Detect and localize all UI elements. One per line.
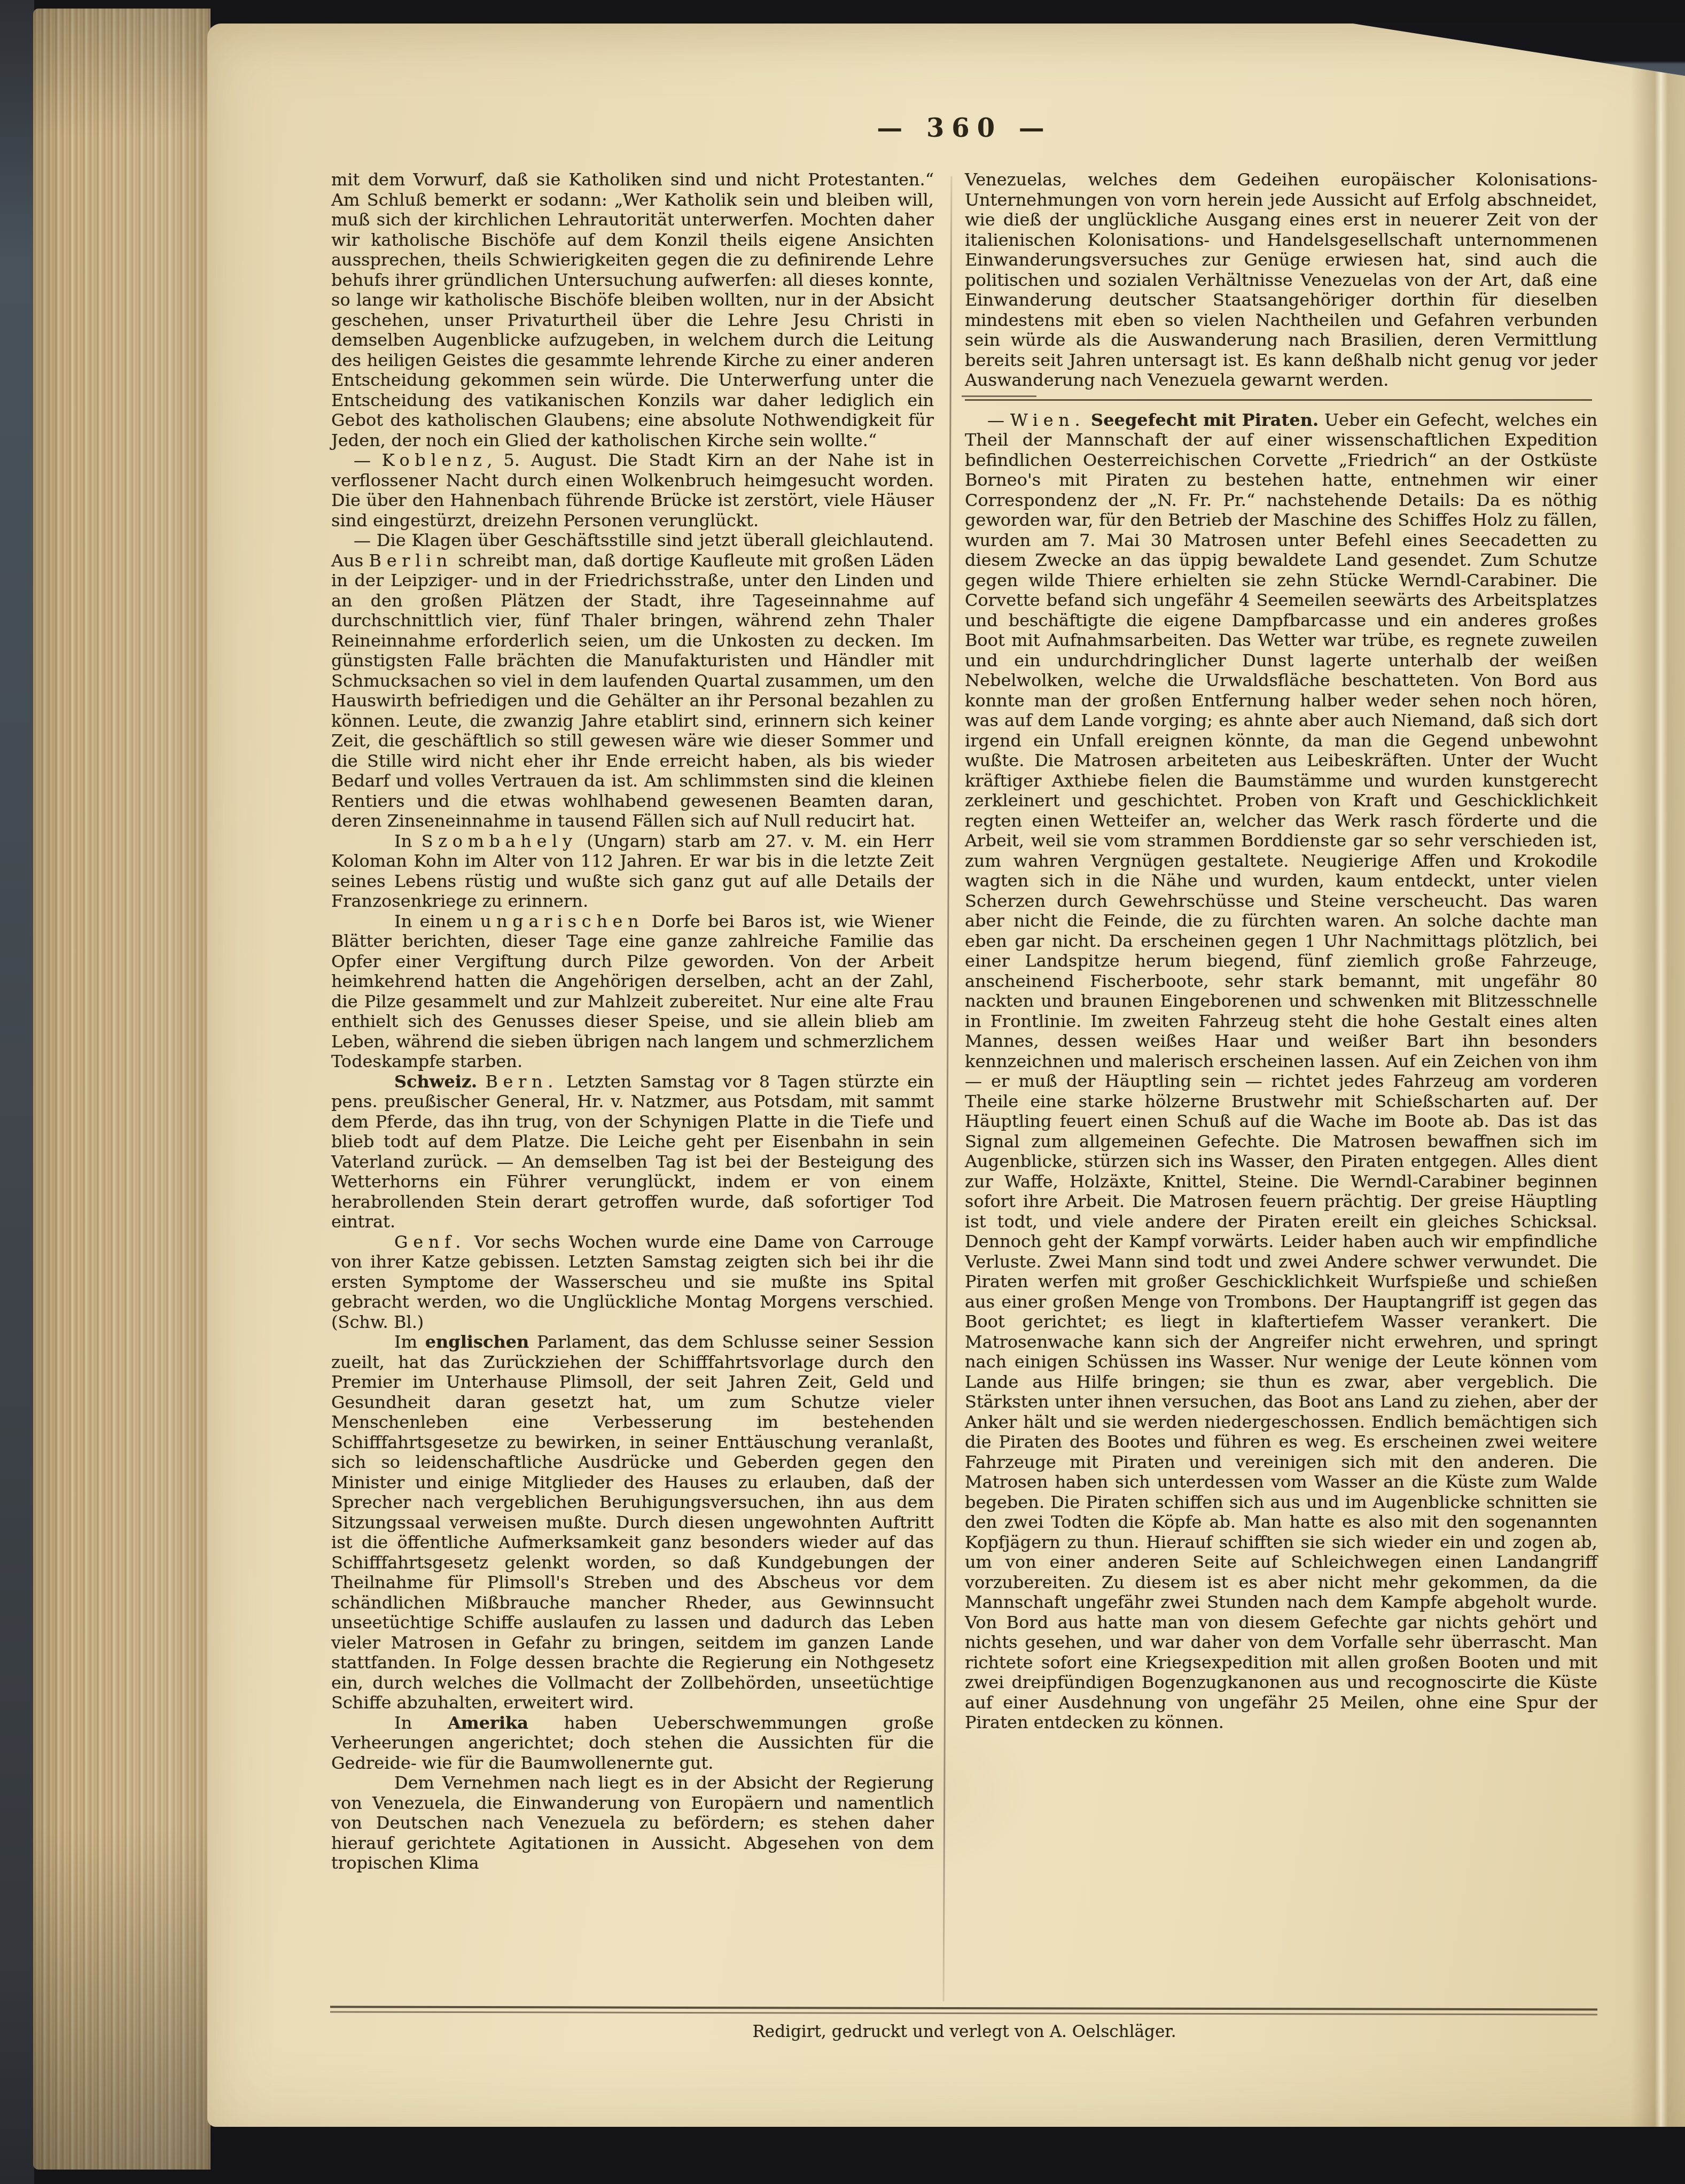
paragraph-text: Dorfe bei Baros ist, wie Wiener Blätter … — [331, 911, 934, 1072]
paragraph: Dem Vernehmen nach liegt es in der Absic… — [331, 1773, 934, 1874]
paragraph-text: Berlin — [369, 550, 453, 571]
paragraph-text: In einem — [394, 911, 480, 931]
page-number: — 360 — — [777, 113, 1151, 143]
paragraph: Im englischen Parlament, das dem Schluss… — [331, 1332, 934, 1713]
paragraph-lead: englischen — [425, 1332, 529, 1352]
left-column: mit dem Vorwurf, daß sie Katholiken sind… — [331, 170, 934, 1874]
paragraph-text: Genf. — [394, 1232, 466, 1252]
section-divider-rule — [965, 399, 1592, 401]
paragraph-text: Letzten Samstag vor 8 Tagen stürzte ein … — [331, 1071, 934, 1232]
paragraph-text — [477, 1071, 485, 1092]
paragraph-text: Ueber ein Gefecht, welches ein Theil der… — [965, 410, 1597, 1733]
paragraph-text: Parlament, das dem Schlusse seiner Sessi… — [331, 1332, 934, 1713]
paragraph-text: In — [394, 831, 422, 851]
page-fold-shadow — [1631, 24, 1685, 2127]
paragraph-text: Dem Vernehmen nach liegt es in der Absic… — [331, 1773, 934, 1873]
paragraph-text: In — [394, 1713, 448, 1733]
paragraph-text: schreibt man, daß dortige Kaufleute mit … — [331, 550, 934, 831]
paragraph-text: mit dem Vorwurf, daß sie Katholiken sind… — [331, 169, 934, 450]
stacked-page-edges — [33, 9, 210, 2170]
scan-photo: — 360 — mit dem Vorwurf, daß sie Katholi… — [0, 0, 1685, 2184]
paragraph-lead: Seegefecht mit Piraten. — [1091, 410, 1319, 430]
paragraph: In Amerika haben Ueberschwemmungen große… — [331, 1713, 934, 1774]
paragraph-text: Im — [394, 1332, 425, 1352]
paragraph: Genf. Vor sechs Wochen wurde eine Dame v… — [331, 1232, 934, 1333]
paragraph-text: Wien. — [1010, 410, 1085, 430]
paragraph: In einem ungarischen Dorfe bei Baros ist… — [331, 912, 934, 1072]
paragraph: — Die Klagen über Geschäftsstille sind j… — [331, 531, 934, 831]
paragraph-text: Szombahely — [422, 831, 578, 851]
paragraph: Venezuelas, welches dem Gedeihen europäi… — [965, 170, 1597, 391]
paragraph-text: — — [354, 450, 382, 470]
paragraph: In Szombahely (Ungarn) starb am 27. v. M… — [331, 831, 934, 912]
paragraph-text — [1085, 410, 1091, 430]
paragraph: mit dem Vorwurf, daß sie Katholiken sind… — [331, 170, 934, 450]
paragraph-text: Koblenz — [382, 450, 487, 470]
paragraph: — Koblenz, 5. August. Die Stadt Kirn an … — [331, 450, 934, 531]
paragraph-text: Bern. — [485, 1071, 558, 1092]
book-cover-edge — [0, 0, 34, 2184]
paragraph-lead: Schweiz. — [394, 1071, 477, 1092]
paragraph: Schweiz. Bern. Letzten Samstag vor 8 Tag… — [331, 1072, 934, 1232]
paragraph: — Wien. Seegefecht mit Piraten. Ueber ei… — [965, 410, 1597, 1733]
paragraph-lead: Amerika — [448, 1713, 528, 1733]
paragraph-text: Venezuelas, welches dem Gedeihen europäi… — [965, 169, 1597, 390]
imprint-line: Redigirt, gedruckt und verlegt von A. Oe… — [331, 2022, 1597, 2041]
right-column: Venezuelas, welches dem Gedeihen europäi… — [965, 170, 1597, 1733]
paragraph-text: ungarischen — [480, 911, 644, 931]
paragraph-text: — — [987, 410, 1010, 430]
